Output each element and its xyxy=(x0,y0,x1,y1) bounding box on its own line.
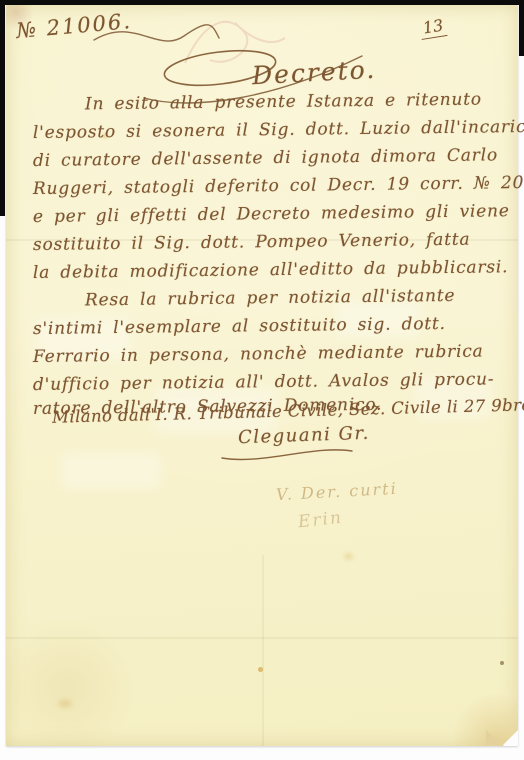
stain xyxy=(58,699,72,708)
stain xyxy=(344,553,353,560)
scanned-manuscript-page: № 21006. 13 Decreto. In esito alla prese… xyxy=(0,0,524,760)
fold-crease-vertical xyxy=(262,555,264,746)
scan-edge-left xyxy=(0,0,5,216)
signature-underline-flourish xyxy=(218,442,358,466)
page-letter: 13 xyxy=(419,15,448,40)
corner-tear xyxy=(502,730,518,746)
scan-edge-right xyxy=(519,0,524,56)
foxing-spot xyxy=(258,667,263,672)
corner-fold xyxy=(486,730,504,746)
watermark-blob xyxy=(61,453,161,489)
foxing-spot xyxy=(500,661,504,665)
